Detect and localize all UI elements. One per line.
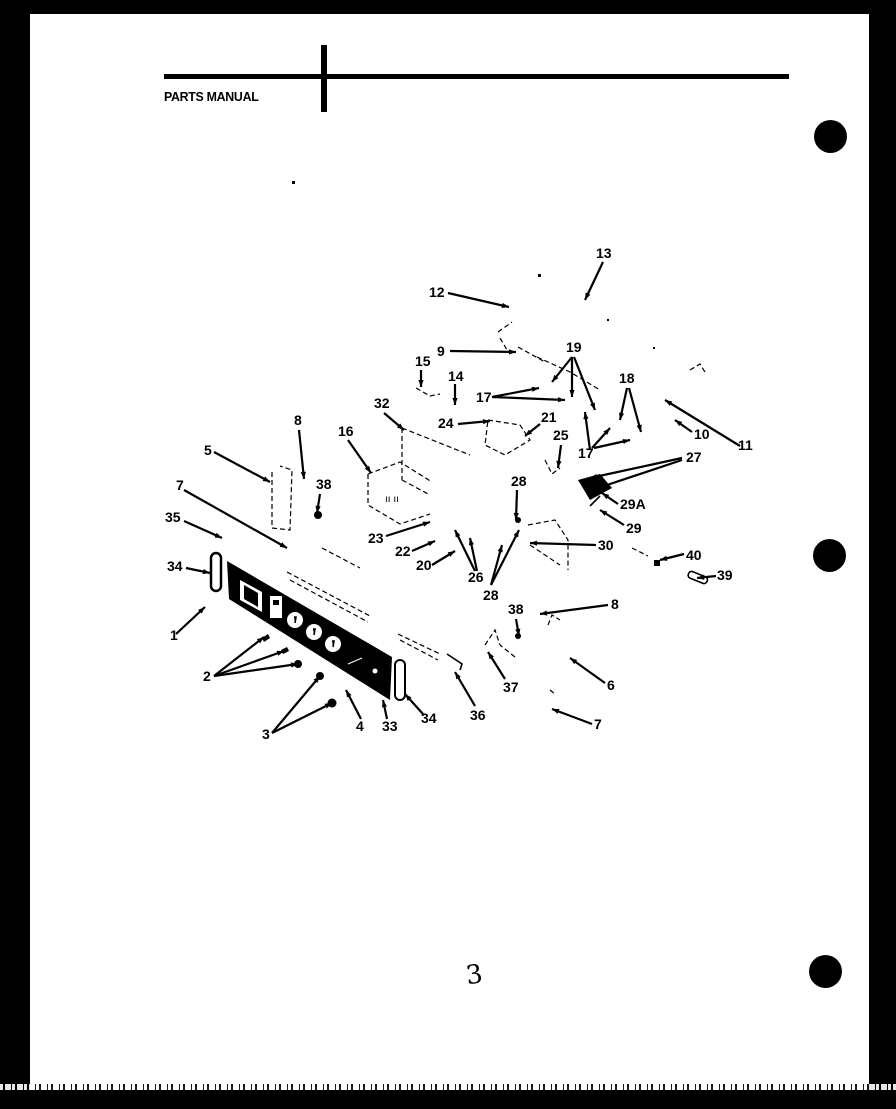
arrowhead-icon (418, 380, 423, 387)
callout-label: 9 (437, 343, 445, 359)
callout-label: 10 (694, 426, 710, 442)
leader-line (272, 703, 332, 733)
arrowhead-icon (514, 530, 519, 537)
arrowhead-icon (455, 530, 460, 537)
arrowhead-icon (452, 398, 457, 405)
arrowhead-icon (637, 425, 642, 432)
callout-label: 40 (686, 547, 702, 563)
arrowhead-icon (346, 690, 352, 697)
arrowhead-icon (428, 541, 435, 546)
callout-label: 19 (566, 339, 582, 355)
arrowhead-icon (280, 542, 287, 548)
control-panel (211, 553, 405, 700)
handwritten-page-mark: 3 (464, 959, 485, 991)
callout-label: 38 (316, 476, 332, 492)
leader-line (540, 605, 608, 614)
callout-label: 20 (416, 557, 432, 573)
leader-line (448, 293, 509, 307)
callout-label: 36 (470, 707, 486, 723)
callout-label: 35 (165, 509, 181, 525)
arrowhead-icon (215, 533, 222, 538)
leader-line (299, 430, 304, 479)
leader-lines (176, 262, 740, 733)
callout-label: 15 (415, 353, 431, 369)
callout-label: 28 (511, 473, 527, 489)
callout-label: 11 (738, 437, 753, 453)
callout-label: 26 (468, 569, 484, 585)
leader-line (214, 651, 284, 676)
callout-label: 8 (611, 596, 619, 612)
arrowhead-icon (590, 403, 595, 410)
callout-label: 1 (170, 627, 178, 643)
leader-line (272, 676, 320, 733)
arrowhead-icon (498, 545, 503, 552)
callout-label: 14 (448, 368, 464, 384)
callout-label: 27 (686, 449, 702, 465)
callout-label: 7 (594, 716, 602, 732)
arrowhead-icon (423, 522, 430, 527)
callout-label: 6 (607, 677, 615, 693)
callout-label: 32 (374, 395, 390, 411)
callout-label: 13 (596, 245, 612, 261)
callout-label: 5 (204, 442, 212, 458)
callout-label: 16 (338, 423, 354, 439)
callout-label: 34 (167, 558, 183, 574)
exploded-parts-diagram: ıı ıı (0, 0, 896, 1109)
callout-label: 23 (368, 530, 384, 546)
svg-text:ıı ıı: ıı ıı (385, 494, 399, 505)
callout-label: 4 (356, 718, 364, 734)
leader-line (214, 452, 270, 482)
callout-label: 12 (429, 284, 445, 300)
callout-label: 21 (541, 409, 557, 425)
callout-label: 25 (553, 427, 569, 443)
callout-label: 28 (483, 587, 499, 603)
arrowhead-icon (558, 397, 565, 402)
callout-label: 22 (395, 543, 411, 559)
callout-label: 3 (262, 726, 270, 742)
arrowhead-icon (585, 293, 590, 300)
arrowhead-icon (552, 709, 559, 714)
leader-line (492, 397, 565, 400)
callout-label: 37 (503, 679, 519, 695)
callout-label: 33 (382, 718, 398, 734)
callout-labels: 1234567788910111213141516171718192021222… (165, 245, 753, 742)
leader-line (530, 543, 596, 545)
callout-label: 29A (620, 496, 646, 512)
callout-label: 17 (476, 389, 492, 405)
arrowhead-icon (569, 390, 574, 397)
arrowhead-icon (263, 476, 270, 482)
leader-line (492, 388, 539, 397)
callout-label: 7 (176, 477, 184, 493)
callout-label: 8 (294, 412, 302, 428)
arrowhead-icon (509, 349, 516, 354)
leader-line (574, 357, 595, 410)
callout-label: 34 (421, 710, 437, 726)
callout-label: 24 (438, 415, 454, 431)
callout-label: 39 (717, 567, 733, 583)
leader-line (491, 530, 519, 585)
callout-label: 18 (619, 370, 635, 386)
callout-label: 17 (578, 445, 594, 461)
callout-label: 30 (598, 537, 614, 553)
callout-label: 2 (203, 668, 211, 684)
callout-label: 38 (508, 601, 524, 617)
arrowhead-icon (660, 556, 667, 561)
callout-label: 29 (626, 520, 642, 536)
leader-line (450, 351, 516, 352)
